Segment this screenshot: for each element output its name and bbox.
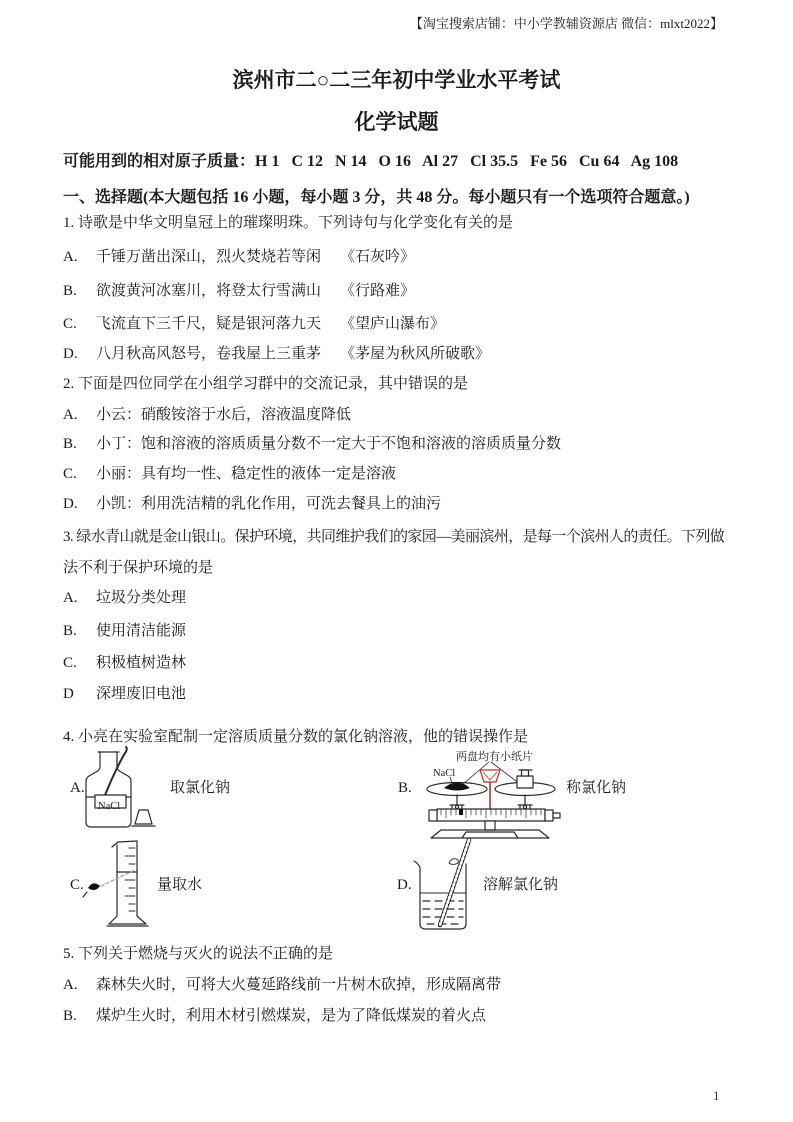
option-label: C. (63, 314, 96, 334)
q3-option-d: D深埋废旧电池 (63, 684, 186, 704)
section-heading: 一、选择题(本大题包括 16 小题，每小题 3 分，共 48 分。每小题只有一个… (63, 188, 690, 208)
q5-option-a: A.森林失火时，可将大火蔓延路线前一片树木砍掉，形成隔离带 (63, 975, 501, 995)
balance-annotation: 两盘均有小纸片 (456, 747, 533, 767)
option-label: C. (63, 653, 96, 673)
q3-stem-line2: 法不利于保护环境的是 (63, 558, 213, 578)
eye-icon (88, 883, 100, 890)
q4-figure-d-label: D. (397, 875, 412, 895)
option-text: 小云：硝酸铵溶于水后，溶液温度降低 (96, 407, 351, 423)
page-subtitle: 化学试题 (0, 112, 793, 132)
q3-stem-line1: 3. 绿水青山就是金山银山。保护环境，共同维护我们的家园—美丽滨州，是每一个滨州… (63, 527, 724, 547)
q4-figure-d-caption: 溶解氯化钠 (483, 875, 558, 895)
option-label: A. (63, 588, 96, 608)
q1-option-b: B.欲渡黄河冰塞川，将登太行雪满山《行路难》 (63, 281, 415, 301)
page-title: 滨州市二○二三年初中学业水平考试 (0, 70, 793, 90)
option-text: 煤炉生火时，利用木材引燃煤炭，是为了降低煤炭的着火点 (96, 1008, 486, 1024)
shop-watermark: 【淘宝搜索店铺：中小学教辅资源店 微信：mlxt2022】 (410, 14, 723, 34)
option-text: 积极植树造林 (96, 655, 186, 671)
option-label: B. (63, 1006, 96, 1026)
q3-option-c: C.积极植树造林 (63, 653, 186, 673)
option-label: C. (63, 464, 96, 484)
q3-option-b: B.使用清洁能源 (63, 621, 186, 641)
option-text: 千锤万凿出深山，烈火焚烧若等闲 (96, 247, 340, 267)
atomic-mass-line: 可能用到的相对原子质量：H 1 C 12 N 14 O 16 Al 27 Cl … (63, 152, 678, 172)
graduated-cylinder-figure (83, 841, 148, 926)
q3-option-a: A.垃圾分类处理 (63, 588, 186, 608)
reagent-bottle-figure (86, 747, 155, 827)
q1-option-a: A.千锤万凿出深山，烈火焚烧若等闲《石灰吟》 (63, 247, 415, 267)
option-text: 深埋废旧电池 (96, 686, 186, 702)
q4-figure-b-label: B. (398, 778, 412, 798)
q1-stem: 1. 诗歌是中华文明皇冠上的璀璨明珠。下列诗句与化学变化有关的是 (63, 213, 513, 233)
option-label: D. (63, 344, 96, 364)
balance-nacl-label: NaCl (433, 764, 455, 784)
q4-figure-c-caption: 量取水 (157, 875, 202, 895)
option-text: 欲渡黄河冰塞川，将登太行雪满山 (96, 281, 340, 301)
q2-option-d: D.小凯：利用洗洁精的乳化作用，可洗去餐具上的油污 (63, 494, 441, 514)
q4-figure-c-label: C. (70, 875, 84, 895)
option-text: 小丁：饱和溶液的溶质质量分数不一定大于不饱和溶液的溶质质量分数 (96, 436, 561, 452)
option-label: A. (63, 975, 96, 995)
q2-stem: 2. 下面是四位同学在小组学习群中的交流记录，其中错误的是 (63, 374, 468, 394)
poem-source: 《行路难》 (340, 283, 415, 299)
option-label: A. (63, 247, 96, 267)
option-text: 森林失火时，可将大火蔓延路线前一片树木砍掉，形成隔离带 (96, 977, 501, 993)
poem-source: 《茅屋为秋风所破歌》 (340, 346, 490, 362)
option-label: B. (63, 434, 96, 454)
rider-icon (459, 809, 463, 815)
option-label: B. (63, 281, 96, 301)
q5-stem: 5. 下列关于燃烧与灭火的说法不正确的是 (63, 944, 333, 964)
option-label: A. (63, 405, 96, 425)
page-number: 1 (713, 1086, 720, 1106)
option-text: 八月秋高风怒号，卷我屋上三重茅 (96, 344, 340, 364)
bottle-nacl-label: NaCl (98, 797, 120, 817)
q4-figure-a-caption: 取氯化钠 (170, 778, 230, 798)
q2-option-c: C.小丽：具有均一性、稳定性的液体一定是溶液 (63, 464, 396, 484)
option-text: 小丽：具有均一性、稳定性的液体一定是溶液 (96, 466, 396, 482)
poem-source: 《石灰吟》 (340, 249, 415, 265)
option-text: 小凯：利用洗洁精的乳化作用，可洗去餐具上的油污 (96, 496, 441, 512)
bottle-stopper-icon (132, 810, 155, 826)
option-label: D (63, 684, 96, 704)
exam-paper-page: 【淘宝搜索店铺：中小学教辅资源店 微信：mlxt2022】 滨州市二○二三年初中… (0, 0, 793, 1122)
beaker-figure (414, 840, 469, 929)
q4-figure-b-caption: 称氯化钠 (566, 778, 626, 798)
q2-option-b: B.小丁：饱和溶液的溶质质量分数不一定大于不饱和溶液的溶质质量分数 (63, 434, 561, 454)
poem-source: 《望庐山瀑布》 (340, 316, 445, 332)
weight-icon (517, 770, 533, 788)
q5-option-b: B.煤炉生火时，利用木材引燃煤炭，是为了降低煤炭的着火点 (63, 1006, 486, 1026)
option-label: D. (63, 494, 96, 514)
q1-option-d: D.八月秋高风怒号，卷我屋上三重茅《茅屋为秋风所破歌》 (63, 344, 490, 364)
q4-figure-a-label: A. (70, 778, 85, 798)
q2-option-a: A.小云：硝酸铵溶于水后，溶液温度降低 (63, 405, 351, 425)
option-label: B. (63, 621, 96, 641)
option-text: 飞流直下三千尺，疑是银河落九天 (96, 314, 340, 334)
option-text: 使用清洁能源 (96, 623, 186, 639)
q4-figures-art (0, 735, 793, 940)
q1-option-c: C.飞流直下三千尺，疑是银河落九天《望庐山瀑布》 (63, 314, 445, 334)
option-text: 垃圾分类处理 (96, 590, 186, 606)
